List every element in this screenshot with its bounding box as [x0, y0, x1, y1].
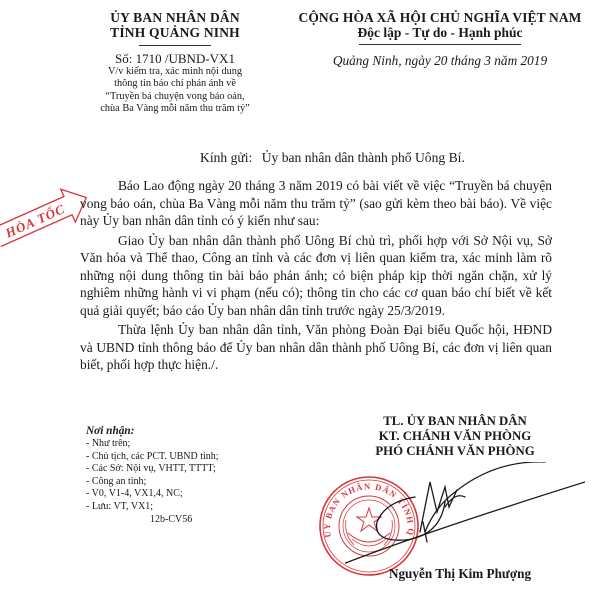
recipient-item: - Chủ tịch, các PCT. UBND tỉnh;	[86, 451, 219, 464]
subject-line: thông tin báo chí phản ánh về	[70, 78, 280, 90]
recipient-label: Kính gửi:	[200, 150, 252, 165]
signature-title-block: TL. ỦY BAN NHÂN DÂN KT. CHÁNH VĂN PHÒNG …	[330, 414, 580, 459]
signature-title-line: TL. ỦY BAN NHÂN DÂN	[330, 414, 580, 429]
issuing-authority-header: ỦY BAN NHÂN DÂN TỈNH QUẢNG NINH Số: 1710…	[70, 10, 280, 115]
recipient-item: - Công an tỉnh;	[86, 476, 219, 489]
issuing-org-line1: ỦY BAN NHÂN DÂN	[70, 10, 280, 25]
recipient-item: - V0, V1-4, VX1,4, NC;	[86, 488, 219, 501]
subject-line: “Truyền bá chuyện vong báo oán,	[70, 91, 280, 103]
signer-name: Nguyễn Thị Kim Phượng	[345, 566, 575, 582]
national-motto: Độc lập - Tự do - Hạnh phúc	[285, 25, 595, 40]
national-header: CỘNG HÒA XÃ HỘI CHỦ NGHĨA VIỆT NAM Độc l…	[285, 10, 595, 68]
recipients-list: Nơi nhận: - Như trên; - Chủ tịch, các PC…	[86, 424, 219, 526]
recipient-item: - Các Sở: Nội vụ, VHTT, TTTT;	[86, 463, 219, 476]
body-paragraph: Thừa lệnh Ủy ban nhân dân tỉnh, Văn phòn…	[80, 321, 552, 374]
issuing-org-line2: TỈNH QUẢNG NINH	[70, 25, 280, 40]
nation-title: CỘNG HÒA XÃ HỘI CHỦ NGHĨA VIỆT NAM	[285, 10, 595, 25]
body-paragraph: Giao Ủy ban nhân dân thành phố Uông Bí c…	[80, 232, 552, 320]
body-paragraph: Báo Lao động ngày 20 tháng 3 năm 2019 có…	[80, 177, 552, 230]
subject-line: chùa Ba Vàng mỗi năm thu trăm tỷ”	[70, 103, 280, 115]
place-date: Quảng Ninh, ngày 20 tháng 3 năm 2019	[285, 53, 595, 68]
signature-title-line: KT. CHÁNH VĂN PHÒNG	[330, 429, 580, 444]
signature-title-line: PHÓ CHÁNH VĂN PHÒNG	[330, 444, 580, 459]
subject-line: V/v kiểm tra, xác minh nội dung	[70, 66, 280, 78]
recipient-value: Ủy ban nhân dân thành phố Uông Bí.	[262, 150, 465, 165]
header-divider	[139, 45, 211, 46]
recipient-line: Kính gửi: Ủy ban nhân dân thành phố Uông…	[200, 150, 465, 166]
document-number: Số: 1710 /UBND-VX1	[70, 51, 280, 66]
recipients-title: Nơi nhận:	[86, 424, 219, 438]
recipient-item: - Như trên;	[86, 438, 219, 451]
handwritten-signature-icon	[345, 462, 585, 572]
document-subject: V/v kiểm tra, xác minh nội dung thông ti…	[70, 66, 280, 115]
recipient-item: - Lưu: VT, VX1;	[86, 501, 219, 514]
document-body: Báo Lao động ngày 20 tháng 3 năm 2019 có…	[80, 177, 552, 376]
motto-divider	[359, 44, 521, 45]
archive-code: 12b-CV56	[86, 514, 219, 527]
